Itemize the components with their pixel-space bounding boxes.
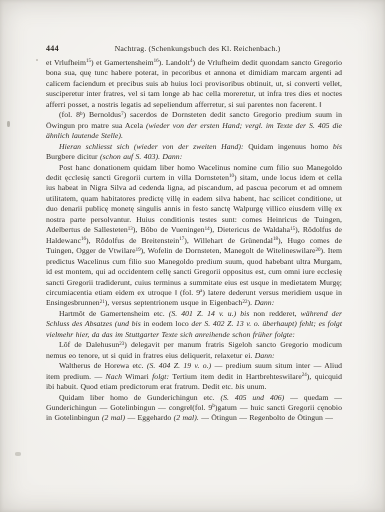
footnote-ref: 24 [302,373,307,378]
text-run: (schon auf S. 403). Dann: [100,152,182,161]
text-run: ) et Gamertensheim [91,58,154,67]
paragraph: Waltherus de Horewa etc. (S. 404 Z. 19 v… [46,361,342,392]
footnote-ref: 22 [242,300,247,305]
footnote-ref: b [80,112,83,117]
scanned-book-page: 444 Nachtrag. (Schenkungsbuch des Kl. Re… [0,0,385,512]
footnote-ref: 13 [128,227,133,232]
page-title: Nachtrag. (Schenkungsbuch des Kl. Reiche… [59,44,342,54]
paragraph: Quidam liber homo de Gunderichingun etc.… [46,393,342,424]
paragraph: Hieran schliesst sich (wieder von der zw… [46,142,342,163]
text-run: Quidam ingenuus homo [248,142,333,151]
footnote-ref: 15 [290,227,295,232]
footnote-ref: 18 [273,237,278,242]
text-run: — Eggehardo [127,413,173,422]
text-run: ), Dietericus de Waldaha [210,225,290,234]
footnote-ref: 14 [205,227,210,232]
footnote-ref: 17 [179,237,184,242]
paragraph: Hartmôt de Gamertensheim etc. (S. 401 Z.… [46,309,342,340]
text-run: ), Wofelin de Dornsteten, Manegolt de Wi… [141,246,316,255]
text-run: Nach [106,372,126,381]
text-run: (S. 405 und 406) [220,393,290,402]
text-run: Hartmôt de Gamertensheim etc. [59,309,169,318]
text-run: (S. 404 Z. 19 v. o.) [147,361,215,370]
text-run: ), Willehart de Grünendal [184,236,273,245]
paragraph: et Vrlufheim15) et Gamertensheim16). Lan… [46,58,342,110]
text-run: Lôf de Dalehusun [59,340,119,349]
page-number: 444 [46,44,59,54]
text-run: Dann: [255,351,275,360]
scan-artifact [36,59,38,61]
running-head: 444 Nachtrag. (Schenkungsbuch des Kl. Re… [46,44,342,54]
footnote-ref: b [212,404,215,409]
footnote-ref: 21 [100,300,105,305]
text-run: Dann: [254,298,274,307]
footnote-ref: 7 [121,112,124,117]
text-run: non redderet, [253,309,300,318]
paragraph: Lôf de Dalehusun23) delegavit per manum … [46,340,342,361]
footnote-ref: 15 [86,59,91,64]
text-run: in eodem loco [143,319,191,328]
text-run: ). Landolt [159,58,190,67]
text-block: et Vrlufheim15) et Gamertensheim16). Lan… [46,58,342,424]
text-run: Burgbere dicitur [46,152,100,161]
text-run: (S. 401 Z. 14 v. u.) bis [169,309,254,318]
paragraph: (fol. 8b) Bernoldus7) sacerdos de Dornst… [46,110,342,141]
text-run: — Ötingun — Regenbolto de Ötingun — [201,413,333,422]
footnote-ref: 19 [136,248,141,253]
text-run: ), versus septentrionem usque in Eigenba… [105,298,243,307]
text-run: (2 mal) [102,413,128,422]
text-run: ), Bôbo de Vueningen [133,225,205,234]
text-run: ), Rôdolfus de Breitenstein [86,236,179,245]
scan-artifact [7,121,10,127]
text-run: unum. [247,382,267,391]
text-run: (2 mal). [174,413,202,422]
text-run: Wimari [125,372,152,381]
text-run: et Vrlufheim [46,58,86,67]
footnote-ref: 23 [119,342,124,347]
text-run: Waltherus de Horewa etc. [59,361,147,370]
scan-artifact [15,452,21,456]
footnote-ref: 16 [154,59,159,64]
text-run: bis [235,382,247,391]
footnote-ref: 20 [316,248,321,253]
text-run: (fol. 8 [59,110,80,119]
text-run: Hieran schliesst sich (wieder von der zw… [59,142,248,151]
footnote-ref: 10 [229,174,234,179]
text-run: Quidam liber homo de Gunderichingun etc. [59,393,220,402]
footnote-ref: 16 [81,237,86,242]
text-run: Tertium item dedit in Hartbrehteswilare [172,372,301,381]
text-run: ) Bernoldus [83,110,122,119]
text-run: folgt: [152,372,172,381]
text-run: bis [333,142,342,151]
paragraph: Post hanc donationem quidam liber homo W… [46,163,342,309]
